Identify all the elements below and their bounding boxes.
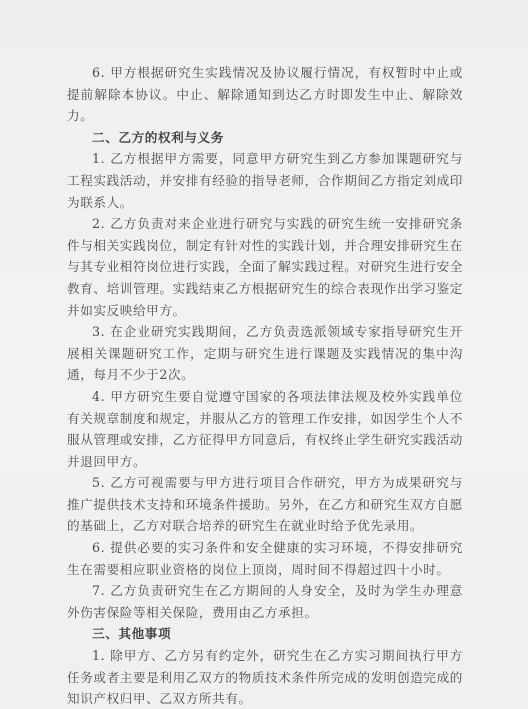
clause-b1-supervisor: 1. 乙方根据甲方需要，同意甲方研究生到乙方参加课题研究与工程实践活动，并安排有… xyxy=(67,148,463,213)
document-body: 6. 甲方根据研究生实践情况及协议履行情况，有权暂时中止或提前解除本协议。中止、… xyxy=(67,62,463,709)
scanned-document-page: 6. 甲方根据研究生实践情况及协议履行情况，有权暂时中止或提前解除本协议。中止、… xyxy=(0,0,528,709)
clause-b6-environment: 6. 提供必要的实习条件和安全健康的实习环境，不得安排研究生在需要相应职业资格的… xyxy=(67,537,463,580)
clause-b7-insurance: 7. 乙方负责研究生在乙方期间的人身安全，及时为学生办理意外伤害保险等相关保险，… xyxy=(67,580,463,623)
clause-a6-termination: 6. 甲方根据研究生实践情况及协议履行情况，有权暂时中止或提前解除本协议。中止、… xyxy=(67,62,463,127)
section-heading-party-b-rights: 二、乙方的权利与义务 xyxy=(67,127,463,149)
clause-b4-compliance: 4. 甲方研究生要自觉遵守国家的各项法律法规及校外实践单位有关规章制度和规定，并… xyxy=(67,386,463,472)
section-heading-other-matters: 三、其他事项 xyxy=(67,623,463,645)
clause-c1-ip-ownership: 1. 除甲方、乙方另有约定外，研究生在乙方实习期间执行甲方任务或者主要是利用乙双… xyxy=(67,645,463,709)
clause-b5-cooperation: 5. 乙方可视需要与甲方进行项目合作研究，甲方为成果研究与推广提供技术支持和环境… xyxy=(67,472,463,537)
clause-b3-expert-guidance: 3. 在企业研究实践期间，乙方负责选派领域专家指导研究生开展相关课题研究工作，定… xyxy=(67,321,463,386)
clause-b2-arrangement: 2. 乙方负责对来企业进行研究与实践的研究生统一安排研究条件与相关实践岗位，制定… xyxy=(67,213,463,321)
